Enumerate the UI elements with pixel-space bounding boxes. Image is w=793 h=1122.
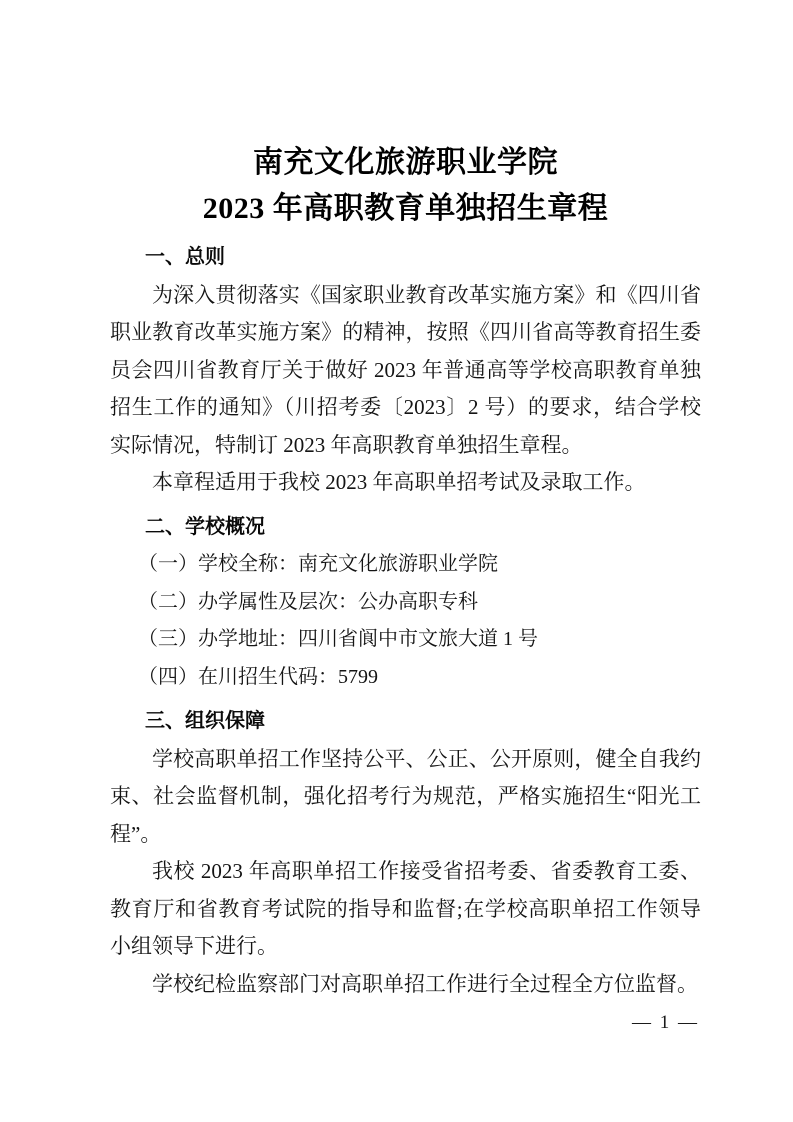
paragraph-organization-3: 学校纪检监察部门对高职单招工作进行全过程全方位监督。 xyxy=(110,966,701,1004)
document-page: 南充文化旅游职业学院 2023 年高职教育单独招生章程 一、总则 为深入贯彻落实… xyxy=(0,0,793,1122)
paragraph-general-1: 为深入贯彻落实《国家职业教育改革实施方案》和《四川省职业教育改革实施方案》的精神… xyxy=(110,277,701,465)
paragraph-organization-1: 学校高职单招工作坚持公平、公正、公开原则，健全自我约束、社会监督机制，强化招考行… xyxy=(110,741,701,854)
page-number: — 1 — xyxy=(632,1010,699,1036)
section-heading-general: 一、总则 xyxy=(110,239,701,277)
list-item-school-type: （二）办学属性及层次：公办高职专科 xyxy=(110,584,701,622)
document-content: 南充文化旅游职业学院 2023 年高职教育单独招生章程 一、总则 为深入贯彻落实… xyxy=(0,0,793,1003)
paragraph-organization-2: 我校 2023 年高职单招工作接受省招考委、省委教育工委、教育厅和省教育考试院的… xyxy=(110,853,701,966)
list-item-school-code: （四）在川招生代码：5799 xyxy=(110,659,701,697)
document-title-line1: 南充文化旅游职业学院 xyxy=(110,140,701,186)
list-item-school-name: （一）学校全称：南充文化旅游职业学院 xyxy=(110,546,701,584)
list-item-school-address: （三）办学地址：四川省阆中市文旅大道 1 号 xyxy=(110,621,701,659)
section-heading-school: 二、学校概况 xyxy=(110,509,701,547)
document-title-block: 南充文化旅游职业学院 2023 年高职教育单独招生章程 xyxy=(110,0,701,232)
paragraph-general-2: 本章程适用于我校 2023 年高职单招考试及录取工作。 xyxy=(110,464,701,502)
section-heading-organization: 三、组织保障 xyxy=(110,703,701,741)
document-title-line2: 2023 年高职教育单独招生章程 xyxy=(110,186,701,232)
